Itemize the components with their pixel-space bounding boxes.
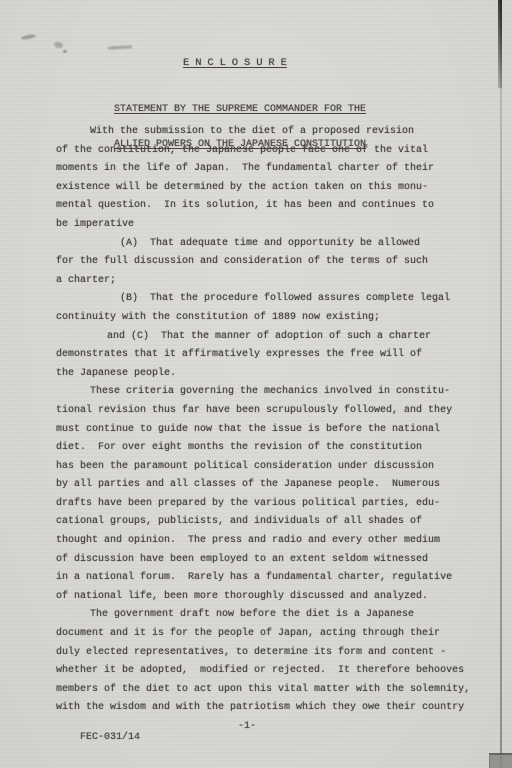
text-line: (B) That the procedure followed assures …	[56, 290, 504, 309]
text-line: continuity with the constitution of 1889…	[56, 309, 504, 328]
pencil-dash	[108, 45, 132, 49]
text-line: moments in the life of Japan. The fundam…	[56, 160, 504, 179]
text-line: of national life, been more thoroughly d…	[56, 588, 504, 607]
title-line-1: STATEMENT BY THE SUPREME COMMANDER FOR T…	[114, 104, 366, 116]
text-line: of discussion have been employed to an e…	[56, 551, 504, 570]
pencil-smudge	[63, 50, 67, 53]
text-line: for the full discussion and consideratio…	[56, 253, 504, 272]
text-line: has been the paramount political conside…	[56, 458, 504, 477]
scan-edge-line	[500, 0, 502, 768]
text-line: demonstrates that it affirmatively expre…	[56, 346, 504, 365]
text-line: be imperative	[56, 216, 504, 235]
text-line: document and it is for the people of Jap…	[56, 625, 504, 644]
text-line: whether it be adopted, modified or rejec…	[56, 662, 504, 681]
text-line: diet. For over eight months the revision…	[56, 439, 504, 458]
page-number: -1-	[238, 721, 256, 732]
text-line: tional revision thus far have been scrup…	[56, 402, 504, 421]
text-line: must continue to guide now that the issu…	[56, 421, 504, 440]
text-line: thought and opinion. The press and radio…	[56, 532, 504, 551]
text-line: with the wisdom and with the patriotism …	[56, 699, 504, 718]
text-line: drafts have been prepared by the various…	[56, 495, 504, 514]
text-line: (A) That adequate time and opportunity b…	[56, 235, 504, 254]
text-line: existence will be determined by the acti…	[56, 179, 504, 198]
scan-edge-dark-top	[498, 0, 502, 88]
text-line: These criteria governing the mechanics i…	[56, 383, 504, 402]
text-line: cational groups, publicists, and individ…	[56, 513, 504, 532]
pencil-smudge	[21, 34, 36, 41]
enclosure-heading: E N C L O S U R E	[183, 57, 287, 69]
text-line: With the submission to the diet of a pro…	[56, 123, 504, 142]
text-line: by all parties and all classes of the Ja…	[56, 476, 504, 495]
text-line: of the constitution, the Japanese people…	[56, 142, 504, 161]
document-number: FEC-031/14	[80, 732, 140, 743]
page-footer: FEC-031/14 -1-	[56, 721, 486, 765]
document-page: E N C L O S U R E STATEMENT BY THE SUPRE…	[0, 0, 512, 768]
document-body: With the submission to the diet of a pro…	[56, 123, 504, 718]
text-line: duly elected representatives, to determi…	[56, 644, 504, 663]
pencil-smudge	[53, 41, 63, 49]
text-line: the Japanese people.	[56, 365, 504, 384]
scan-corner-mark	[489, 753, 512, 768]
text-line: members of the diet to act upon this vit…	[56, 681, 504, 700]
text-line: and (C) That the manner of adoption of s…	[56, 328, 504, 347]
text-line: in a national forum. Rarely has a fundam…	[56, 569, 504, 588]
text-line: mental question. In its solution, it has…	[56, 197, 504, 216]
text-line: a charter;	[56, 272, 504, 291]
text-line: The government draft now before the diet…	[56, 606, 504, 625]
